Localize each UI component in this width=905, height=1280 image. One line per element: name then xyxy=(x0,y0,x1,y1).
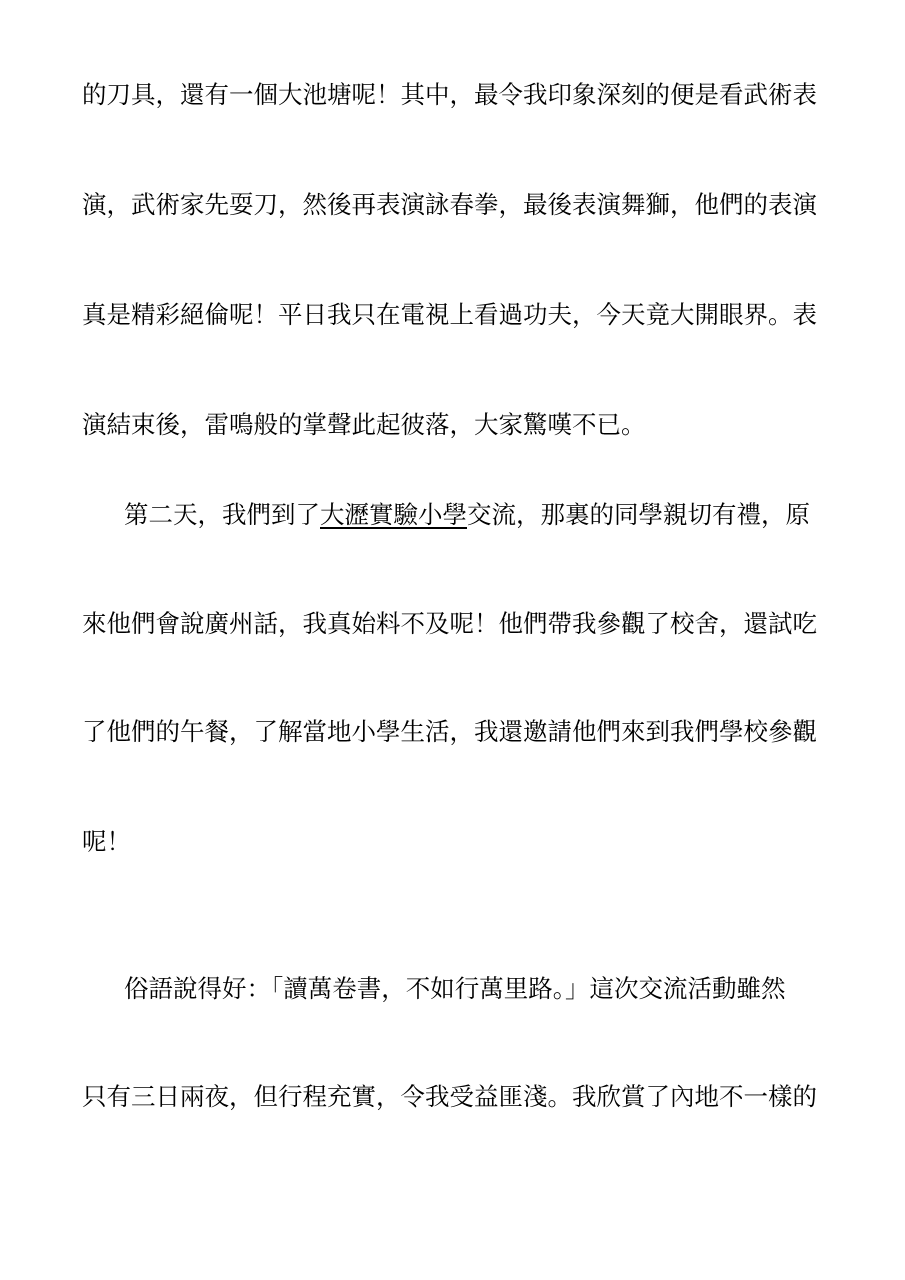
line-5-pre-text: 第二天，我們到了 xyxy=(124,502,320,529)
essay-line-6: 來他們會說廣州話，我真始料不及呢！他們帶我參觀了校舍，還試吃 xyxy=(82,613,827,638)
school-name-underlined: 大瀝實驗小學 xyxy=(320,502,467,529)
document-page: 的刀具，還有一個大池塘呢！其中，最令我印象深刻的便是看武術表 演，武術家先耍刀，… xyxy=(0,0,905,1280)
essay-line-3: 真是精彩絕倫呢！平日我只在電視上看過功夫，今天竟大開眼界。表 xyxy=(82,304,827,329)
line-5-post-text: 交流，那裏的同學親切有禮，原 xyxy=(467,502,810,529)
essay-line-4: 演結束後，雷鳴般的掌聲此起彼落，大家驚嘆不已。 xyxy=(82,414,827,439)
essay-line-2: 演，武術家先耍刀，然後再表演詠春拳，最後表演舞獅，他們的表演 xyxy=(82,194,827,219)
essay-line-7: 了他們的午餐，了解當地小學生活，我還邀請他們來到我們學校參觀 xyxy=(82,721,827,746)
essay-line-5: 第二天，我們到了大瀝實驗小學交流，那裏的同學親切有禮，原 xyxy=(82,504,869,529)
essay-line-8: 呢！ xyxy=(82,831,827,856)
essay-line-10: 只有三日兩夜，但行程充實，令我受益匪淺。我欣賞了內地不一樣的 xyxy=(82,1086,827,1111)
essay-line-9: 俗語說得好：「讀萬卷書，不如行萬里路。」這次交流活動雖然 xyxy=(82,978,869,1003)
essay-line-1: 的刀具，還有一個大池塘呢！其中，最令我印象深刻的便是看武術表 xyxy=(82,84,827,109)
